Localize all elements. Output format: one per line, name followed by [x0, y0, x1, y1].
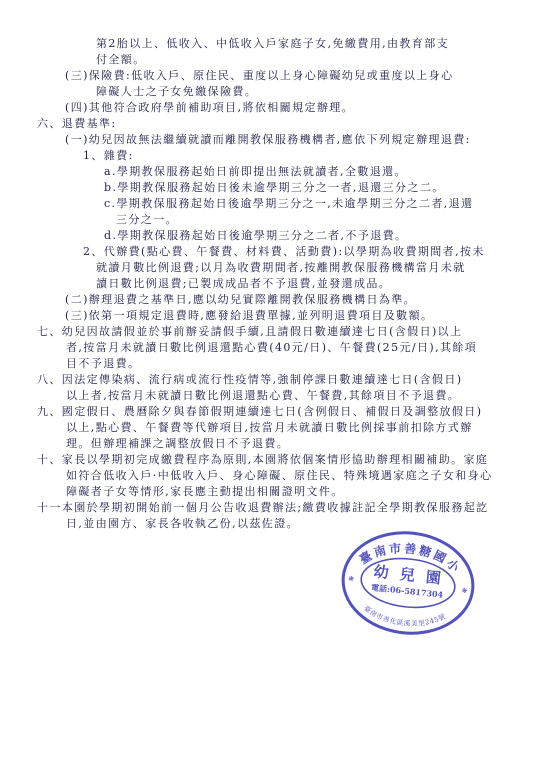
doc-line: 理。但辦理補課之調整放假日不予退費。 [0, 436, 550, 452]
doc-line: 三分之一。 [0, 212, 550, 228]
doc-section-heading: 六、退費基準: [0, 116, 550, 132]
doc-line: 日,並由園方、家長各收執乙份,以茲佐證。 [0, 516, 550, 532]
doc-section-heading: 七、幼兒因故請假並於事前辦妥請假手續,且請假日數連續達七日(含假日)以上 [0, 324, 550, 340]
doc-line: 付全額。 [0, 52, 550, 68]
stamp-flower-icon-right: ❋ [461, 587, 468, 596]
doc-line: a.學期教保服務起始日前即提出無法就讀者,全數退還。 [0, 164, 550, 180]
doc-line: 1、雜費: [0, 148, 550, 164]
doc-line: (一)幼兒因故無法繼續就讀而離開教保服務機構者,應依下列規定辦理退費: [0, 132, 550, 148]
doc-line: 以上者,按當月未就讀日數比例退還點心費、午餐費,其餘項目不予退費。 [0, 388, 550, 404]
doc-line: d.學期教保服務起始日後逾學期三分之二者,不予退費。 [0, 228, 550, 244]
doc-line: 障礙者子女等情形,家長應主動提出相關證明文件。 [0, 484, 550, 500]
doc-line: 障礙人士之子女免繳保險費。 [0, 84, 550, 100]
doc-line: 者,按當月未就讀日數比例退還點心費(40元/日)、午餐費(25元/日),其餘項 [0, 340, 550, 356]
doc-line: 如符合低收入戶·中低收入戶、身心障礙、原住民、特殊境遇家庭之子女和身心 [0, 468, 550, 484]
doc-line: 以上,點心費、午餐費等代辦項目,按當月未就讀日數比例採事前扣除方式辦 [0, 420, 550, 436]
doc-line: c.學期教保服務起始日後逾學期三分之一,未逾學期三分之二者,退還 [0, 196, 550, 212]
doc-line: (四)其他符合政府學前補助項目,將依相關規定辦理。 [0, 100, 550, 116]
doc-line: 目不予退費。 [0, 356, 550, 372]
doc-section-heading: 十、家長以學期初完成繳費程序為原則,本園將依個案情形協助辦理相關補助。家庭 [0, 452, 550, 468]
doc-line: 第2胎以上、低收入、中低收入戶家庭子女,免繳費用,由教育部支 [0, 36, 550, 52]
doc-section-heading: 八、因法定傳染病、流行病或流行性疫情等,強制停課日數連續達七日(含假日) [0, 372, 550, 388]
school-stamp: 臺南市善糖國小 臺南市善化區溪美里245號 幼 兒 園 電話:06-581730… [332, 520, 485, 646]
document-page: 第2胎以上、低收入、中低收入戶家庭子女,免繳費用,由教育部支 付全額。 (三)保… [0, 36, 550, 532]
doc-line: 讀日數比例退費;已製成成品者不予退費,並發還成品。 [0, 276, 550, 292]
doc-line: b.學期教保服務起始日後未逾學期三分之一者,退還三分之二。 [0, 180, 550, 196]
doc-line: 就讀月數比例退費;以月為收費期間者,按離開教保服務機構當月未就 [0, 260, 550, 276]
doc-line: (二)辦理退費之基準日,應以幼兒實際離開教保服務機構日為準。 [0, 292, 550, 308]
doc-line: (三)依第一項規定退費時,應發給退費單據,並列明退費項目及數額。 [0, 308, 550, 324]
stamp-flower-icon-left: ❋ [348, 575, 355, 584]
doc-section-heading: 九、國定假日、農曆除夕與春節假期連續達七日(含例假日、補假日及調整放假日) [0, 404, 550, 420]
doc-line: (三)保險費:低收入戶、原住民、重度以上身心障礙幼兒或重度以上身心 [0, 68, 550, 84]
doc-section-heading: 十一本園於學期初開始前一個月公告收退費辦法;繳費收據註記全學期教保服務起訖 [0, 500, 550, 516]
doc-line: 2、代辦費(點心費、午餐費、材料費、活動費):以學期為收費期間者,按未 [0, 244, 550, 260]
